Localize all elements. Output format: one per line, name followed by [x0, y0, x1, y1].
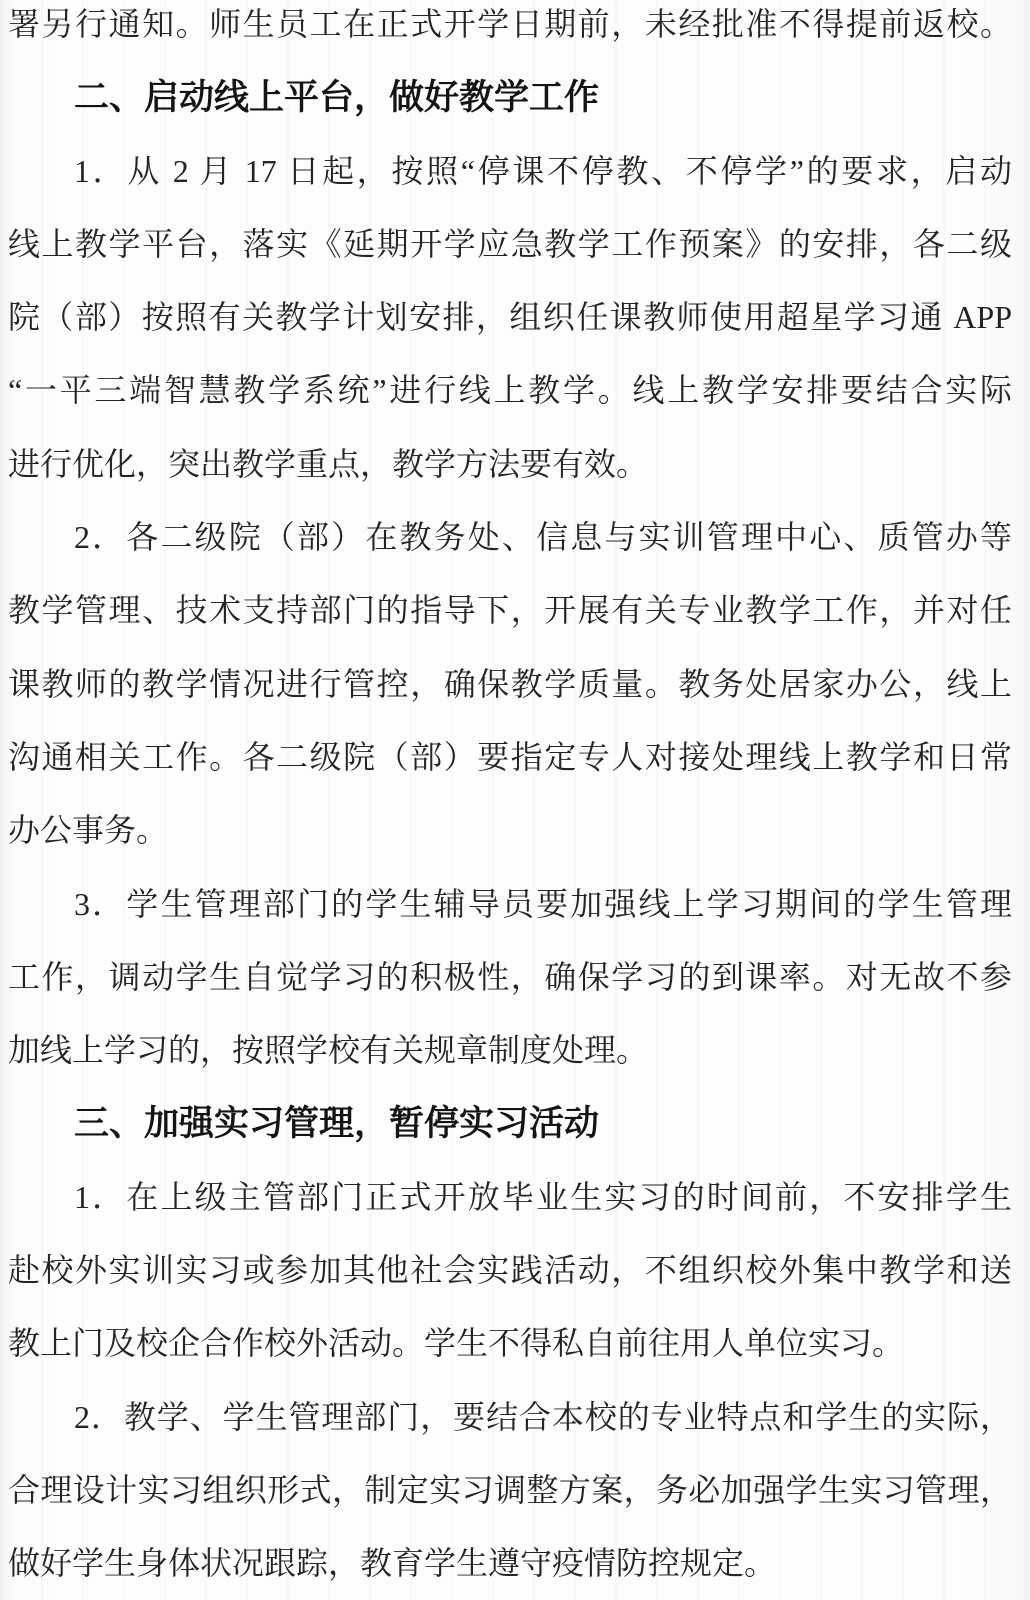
text-line: 2．教学、学生管理部门，要结合本校的专业特点和学生的实际，	[8, 1381, 1012, 1454]
text-line: 进行优化，突出教学重点，教学方法要有效。	[8, 428, 1012, 501]
text-line: 3．学生管理部门的学生辅导员要加强线上学习期间的学生管理	[8, 868, 1012, 941]
text-line: 1．从 2 月 17 日起，按照“停课不停教、不停学”的要求，启动	[8, 135, 1012, 208]
text-line: 2．各二级院（部）在教务处、信息与实训管理中心、质管办等	[8, 501, 1012, 574]
text-line: 署另行通知。师生员工在正式开学日期前，未经批准不得提前返校。	[8, 0, 1012, 61]
document-page: 署另行通知。师生员工在正式开学日期前，未经批准不得提前返校。二、启动线上平台，做…	[0, 0, 1030, 1600]
text-line: 沟通相关工作。各二级院（部）要指定专人对接处理线上教学和日常	[8, 721, 1012, 794]
text-line: 教学管理、技术支持部门的指导下，开展有关专业教学工作，并对任	[8, 574, 1012, 647]
section-heading: 三、加强实习管理，暂停实习活动	[8, 1087, 1012, 1160]
section-heading: 二、启动线上平台，做好教学工作	[8, 61, 1012, 134]
text-line: 合理设计实习组织形式，制定实习调整方案，务必加强学生实习管理，	[8, 1454, 1012, 1527]
text-line: 做好学生身体状况跟踪，教育学生遵守疫情防控规定。	[8, 1527, 1012, 1600]
text-line: 加线上学习的，按照学校有关规章制度处理。	[8, 1014, 1012, 1087]
text-line: 课教师的教学情况进行管控，确保教学质量。教务处居家办公，线上	[8, 648, 1012, 721]
text-line: 赴校外实训实习或参加其他社会实践活动，不组织校外集中教学和送	[8, 1234, 1012, 1307]
text-line: 1．在上级主管部门正式开放毕业生实习的时间前，不安排学生	[8, 1161, 1012, 1234]
text-line: 工作，调动学生自觉学习的积极性，确保学习的到课率。对无故不参	[8, 941, 1012, 1014]
document-content: 署另行通知。师生员工在正式开学日期前，未经批准不得提前返校。二、启动线上平台，做…	[8, 0, 1012, 1600]
text-line: 教上门及校企合作校外活动。学生不得私自前往用人单位实习。	[8, 1307, 1012, 1380]
text-line: 院（部）按照有关教学计划安排，组织任课教师使用超星学习通 APP	[8, 281, 1012, 354]
text-line: 线上教学平台，落实《延期开学应急教学工作预案》的安排，各二级	[8, 208, 1012, 281]
text-line: 办公事务。	[8, 794, 1012, 867]
text-line: “一平三端智慧教学系统”进行线上教学。线上教学安排要结合实际	[8, 354, 1012, 427]
